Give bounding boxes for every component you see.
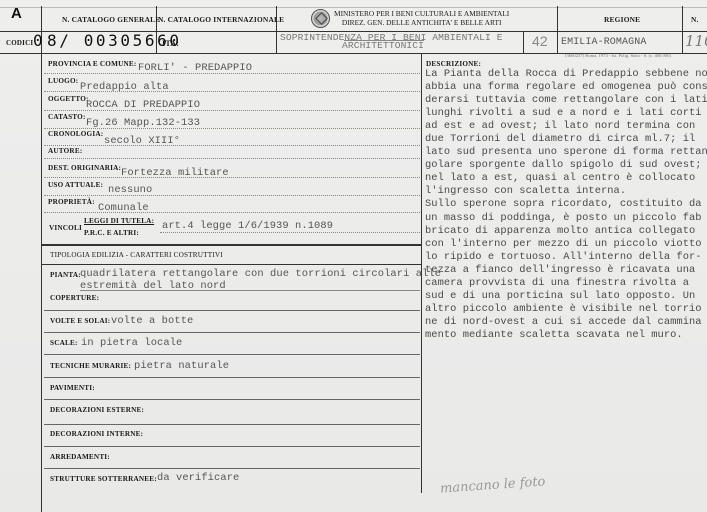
ministry-line-1: MINISTERO PER I BENI CULTURALI E AMBIENT… — [334, 9, 509, 18]
divider-n — [682, 6, 683, 53]
volte-value: volte a botte — [111, 315, 193, 327]
regione-label: REGIONE — [604, 15, 640, 24]
tipologia-top-rule — [41, 244, 421, 246]
rule — [44, 468, 420, 469]
cronologia-label: CRONOLOGIA: — [48, 130, 103, 138]
descrizione-line: lunghi rivolti a sud e a nord e i lati c… — [425, 107, 705, 120]
strutture-sotterranee-value: da verificare — [157, 472, 239, 484]
rule — [41, 264, 421, 265]
rule — [44, 332, 420, 333]
strutture-sotterranee-label: STRUTTURE SOTTERRANEE: — [50, 475, 157, 483]
rule — [44, 424, 420, 425]
tecniche-murarie-value: pietra naturale — [134, 360, 229, 372]
rule — [44, 145, 420, 146]
pianta-line-1: quadrilatera rettangolare con due torrio… — [80, 268, 441, 280]
descrizione-label: DESCRIZIONE: — [426, 60, 481, 68]
pavimenti-label: PAVIMENTI: — [50, 384, 95, 392]
rule — [44, 377, 420, 378]
catalog-prefix: 0 — [33, 31, 45, 50]
decorazioni-interne-label: DECORAZIONI INTERNE: — [50, 430, 143, 438]
descrizione-text: La Pianta della Rocca di Predappio sebbe… — [425, 68, 705, 342]
descrizione-line: due Torrioni del diametro di circa ml.7;… — [425, 133, 705, 146]
descrizione-line: l'ingresso con scaletta interna. — [425, 185, 705, 198]
provincia-label: PROVINCIA E COMUNE: — [48, 60, 136, 68]
descrizione-line: bricato di apparenza molto antica colleg… — [425, 225, 705, 238]
scale-value: in pietra locale — [81, 337, 182, 349]
dest-originaria-label: DEST. ORIGINARIA: — [48, 164, 121, 172]
descrizione-line: golare sporgente dallo spigolo di sud ov… — [425, 159, 705, 172]
descrizione-line: abbia una forma regolare ed omogenea può… — [425, 81, 705, 94]
oggetto-label: OGGETTO: — [48, 95, 89, 103]
soprintendenza-code: 42 — [532, 33, 548, 49]
descrizione-line: altro piccolo ambiente è visibile nel to… — [425, 303, 705, 316]
leggi-tutela-label: LEGGI DI TUTELA: — [84, 217, 154, 225]
descrizione-line: camera provvista di una finestra rivolta… — [425, 277, 705, 290]
uso-attuale-label: USO ATTUALE: — [48, 181, 103, 189]
ministry-line-2: DIREZ. GEN. DELLE ANTICHITA' E BELLE ART… — [334, 18, 509, 27]
coperture-label: COPERTURE: — [50, 294, 99, 302]
catasto-label: CATASTO: — [48, 113, 86, 121]
section-letter: A — [11, 5, 22, 22]
tecniche-murarie-label: TECNICHE MURARIE: — [50, 362, 131, 370]
header-top-rule — [0, 7, 707, 8]
descrizione-line: tezza a fianco dell'ingresso è ricavata … — [425, 264, 705, 277]
volte-label: VOLTE e SOLAI: — [50, 317, 110, 325]
divider-ministry — [557, 6, 558, 53]
n-catalogo-internazionale-label: N. CATALOGO INTERNAZIONALE — [158, 15, 284, 24]
descrizione-line: ad est e ad ovest; il lato nord termina … — [425, 120, 705, 133]
rule — [44, 177, 420, 178]
rule — [44, 158, 420, 159]
descrizione-line: derarsi tuttavia come rettangolare con i… — [425, 94, 705, 107]
republic-emblem-icon — [311, 9, 330, 28]
leggi-tutela-value: art.4 legge 1/6/1939 n.1089 — [162, 220, 333, 232]
rule — [44, 446, 420, 447]
rule — [44, 110, 420, 111]
handwritten-note: mancano le foto — [440, 474, 546, 496]
tipologia-section-label: TIPOLOGIA EDILIZIA - CARATTERI COSTRUTTI… — [50, 251, 223, 259]
regione-value: EMILIA-ROMAGNA — [561, 37, 646, 48]
rule — [44, 195, 420, 196]
vincoli-label: VINCOLI — [49, 224, 82, 232]
proprieta-label: PROPRIETÀ: — [48, 198, 95, 206]
descrizione-line: Sullo sperone sopra ricordato, costituit… — [425, 198, 705, 211]
divider-a — [41, 6, 42, 512]
descrizione-line: lo ripido e tortuoso. All'interno della … — [425, 251, 705, 264]
decorazioni-esterne-label: DECORAZIONI ESTERNE: — [50, 406, 144, 414]
descrizione-line: un masso di poddinga, è posto un piccolo… — [425, 212, 705, 225]
codici-label: CODICI — [6, 39, 33, 47]
soprintendenza-line-2: ARCHITETTONICI — [342, 40, 424, 51]
descrizione-line: lato sud presenta uno sperone di forma r… — [425, 146, 705, 159]
descrizione-line: sud e di una porticina sul lato opposto.… — [425, 290, 705, 303]
divider-code — [523, 31, 524, 53]
descrizione-line: nel lato a est, quasi al centro è colloc… — [425, 172, 705, 185]
autore-label: AUTORE: — [48, 147, 82, 155]
rule — [160, 232, 420, 233]
rule — [44, 310, 420, 311]
catalog-card: A N. CATALOGO GENERALE N. CATALOGO INTER… — [0, 0, 707, 512]
arredamenti-label: ARREDAMENTI: — [50, 453, 110, 461]
divider-cat-int — [276, 6, 277, 53]
ita-label: ITA: — [162, 39, 179, 48]
n-label: N. — [691, 15, 699, 24]
soprintendenza-underline — [344, 40, 424, 41]
descrizione-line: ne di nord-ovest a cui si accede dal cam… — [425, 316, 705, 329]
scale-label: SCALE: — [50, 339, 78, 347]
rule — [44, 354, 420, 355]
rule — [44, 399, 420, 400]
rule — [80, 290, 420, 291]
rule — [44, 128, 420, 129]
descrizione-line: con l'interno per mezzo di un piccolo vi… — [425, 238, 705, 251]
n-catalogo-generale-label: N. CATALOGO GENERALE — [62, 15, 160, 24]
card-number-handwritten: 110 — [685, 32, 707, 50]
prg-label: P.R.C. E ALTRI: — [84, 229, 139, 237]
ministry-heading: MINISTERO PER I BENI CULTURALI E AMBIENT… — [334, 9, 509, 27]
descrizione-line: mento mediante scaletta scavata nel muro… — [425, 329, 705, 342]
rule — [44, 73, 420, 74]
descrizione-line: La Pianta della Rocca di Predappio sebbe… — [425, 68, 705, 81]
rule — [44, 212, 420, 213]
luogo-label: LUOGO: — [48, 77, 78, 85]
pianta-label: PIANTA: — [50, 271, 81, 279]
printer-imprint: [3660237] Roma, 1973 - Ist. Polig. Stato… — [565, 53, 671, 58]
rule — [44, 91, 420, 92]
